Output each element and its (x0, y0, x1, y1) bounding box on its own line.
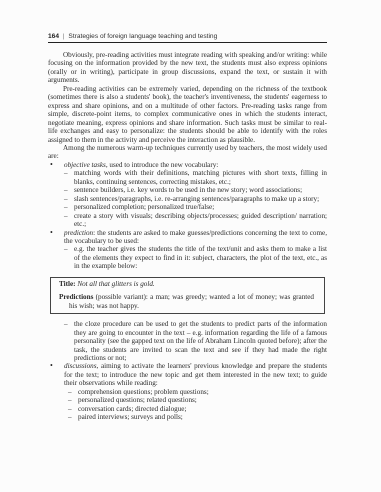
list-item-prediction: prediction: the students are asked to ma… (48, 229, 327, 363)
term-description: , aiming to activate the learners' previ… (64, 362, 327, 387)
term: discussions (64, 362, 97, 370)
term: objective tasks (64, 161, 106, 169)
sub-list: matching words with their definitions, m… (48, 169, 327, 228)
title-value: Not all that glitters is gold. (77, 280, 154, 288)
list-item: personalized questions; related question… (64, 396, 327, 404)
predictions-label: Predictions (59, 293, 93, 301)
book-page: 164 | Strategies of foreign language tea… (0, 0, 381, 492)
predictions-note: (possible variant): (93, 293, 150, 301)
header-separator: | (63, 33, 65, 40)
box-predictions-line: Predictions (possible variant): a man; w… (59, 293, 314, 310)
list-item: personalized completion; personalized tr… (48, 203, 327, 211)
page-number: 164 (48, 33, 59, 40)
list-item: the cloze procedure can be used to get t… (48, 320, 327, 362)
chapter-title: Strategies of foreign language teaching … (68, 33, 217, 40)
term-description: : the students are asked to make guesses… (64, 229, 327, 245)
paragraph: Among the numerous warm-up techniques cu… (48, 144, 327, 161)
running-head: 164 | Strategies of foreign language tea… (48, 33, 327, 43)
example-box: Title: Not all that glitters is gold. Pr… (50, 277, 325, 314)
list-item-discussions: discussions, aiming to activate the lear… (48, 362, 327, 421)
paragraph: Obviously, pre-reading activities must i… (48, 51, 327, 85)
list-item: paired interviews; surveys and polls; (64, 413, 327, 421)
sub-list: the cloze procedure can be used to get t… (48, 320, 327, 362)
sub-list: e.g. the teacher gives the students the … (48, 245, 327, 270)
page-body: Obviously, pre-reading activities must i… (48, 51, 327, 422)
list-item-objective-tasks: objective tasks, used to introduce the n… (48, 161, 327, 229)
list-item: conversation cards; directed dialogue; (64, 405, 327, 413)
list-item: slash sentences/paragraphs, i.e. re-arra… (48, 195, 327, 203)
list-item: comprehension questions; problem questio… (64, 388, 327, 396)
sub-list: comprehension questions; problem questio… (64, 388, 327, 422)
paragraph: Pre-reading activities can be extremely … (48, 85, 327, 144)
list-item: e.g. the teacher gives the students the … (48, 245, 327, 270)
box-title-line: Title: Not all that glitters is gold. (59, 280, 314, 288)
list-item: sentence builders, i.e. key words to be … (48, 186, 327, 194)
title-label: Title: (59, 280, 76, 288)
term-description: , used to introduce the new vocabulary: (106, 161, 218, 169)
technique-list: objective tasks, used to introduce the n… (48, 161, 327, 422)
list-item: matching words with their definitions, m… (48, 169, 327, 186)
list-item: create a story with visuals; describing … (48, 212, 327, 229)
term: prediction (64, 229, 93, 237)
